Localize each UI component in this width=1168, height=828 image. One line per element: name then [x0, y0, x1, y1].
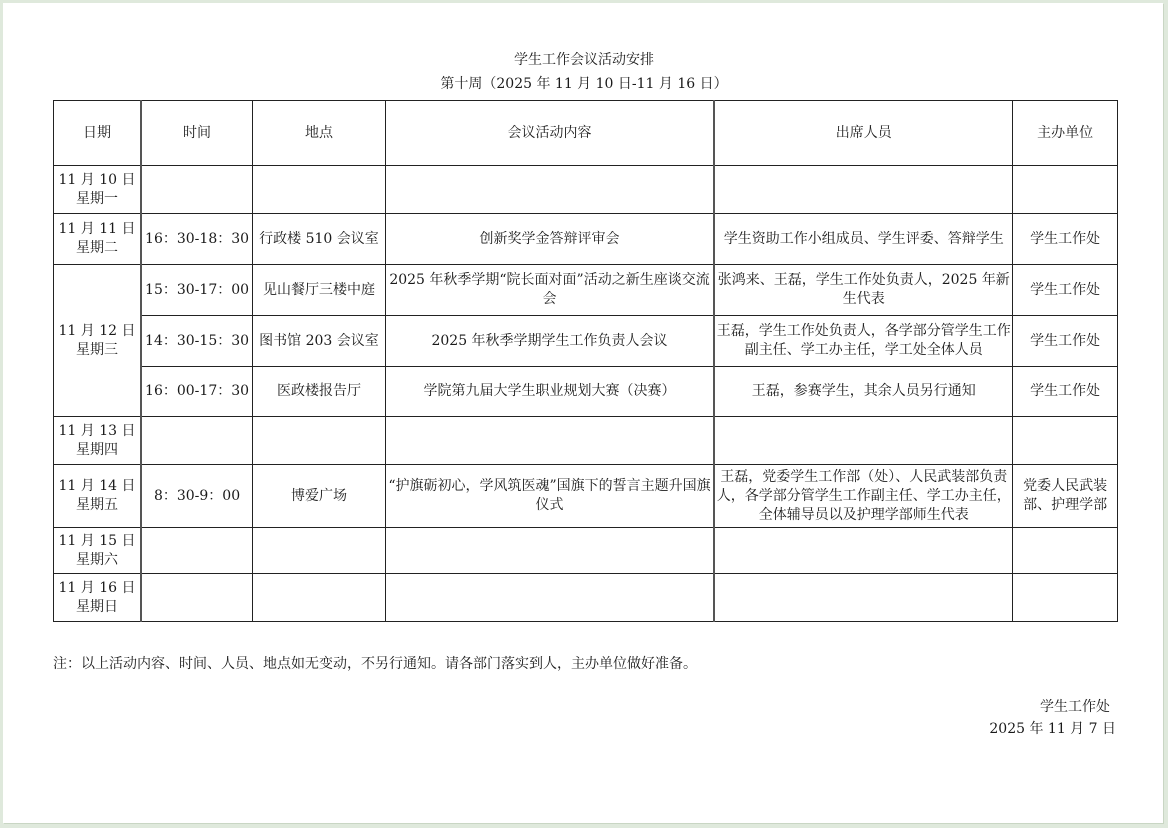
table-row: 11 月 10 日星期一: [54, 166, 1118, 214]
place-cell: 行政楼 510 会议室: [253, 214, 386, 265]
weekday: 星期一: [76, 191, 118, 207]
attendees-cell: 王磊，党委学生工作部（处）、人民武装部负责人，各学部分管学生工作副主任、学工办主…: [714, 465, 1013, 528]
attendees-cell: 学生资助工作小组成员、学生评委、答辩学生: [714, 214, 1013, 265]
place-cell: [253, 574, 386, 622]
table-header-row: 日期 时间 地点 会议活动内容 出席人员 主办单位: [54, 101, 1118, 166]
place-cell: [253, 528, 386, 574]
weekday: 星期日: [76, 599, 118, 615]
date-cell: 11 月 10 日星期一: [54, 166, 141, 214]
content-cell: 创新奖学金答辩评审会: [385, 214, 714, 265]
time-cell: 15：30-17：00: [141, 265, 253, 316]
content-cell: 2025 年秋季学期学生工作负责人会议: [385, 316, 714, 367]
time-cell: 14：30-15：30: [141, 316, 253, 367]
header-host: 主办单位: [1013, 101, 1118, 166]
table-row: 11 月 13 日星期四: [54, 417, 1118, 465]
table-row: 11 月 14 日星期五 8：30-9：00 博爱广场 “护旗砺初心，学风筑医魂…: [54, 465, 1118, 528]
content-cell: [385, 528, 714, 574]
table-row: 11 月 12 日星期三 15：30-17：00 见山餐厅三楼中庭 2025 年…: [54, 265, 1118, 316]
host-cell: [1013, 417, 1118, 465]
attendees-cell: 王磊，学生工作处负责人，各学部分管学生工作副主任、学工办主任，学工处全体人员: [714, 316, 1013, 367]
schedule-table: 日期 时间 地点 会议活动内容 出席人员 主办单位 11 月 10 日星期一 1…: [53, 100, 1118, 622]
host-cell: 学生工作处: [1013, 214, 1118, 265]
host-cell: [1013, 528, 1118, 574]
place-cell: 见山餐厅三楼中庭: [253, 265, 386, 316]
host-cell: 学生工作处: [1013, 265, 1118, 316]
date-cell: 11 月 11 日星期二: [54, 214, 141, 265]
content-cell: [385, 574, 714, 622]
time-cell: [141, 166, 253, 214]
footer-note: 注：以上活动内容、时间、人员、地点如无变动，不另行通知。请各部门落实到人，主办单…: [53, 654, 697, 674]
table-row: 11 月 16 日星期日: [54, 574, 1118, 622]
time-cell: [141, 417, 253, 465]
place-cell: 医政楼报告厅: [253, 367, 386, 417]
document-title: 学生工作会议活动安排: [0, 50, 1168, 70]
header-date: 日期: [54, 101, 141, 166]
table-row: 11 月 15 日星期六: [54, 528, 1118, 574]
date: 11 月 14 日: [59, 478, 136, 494]
host-cell: 学生工作处: [1013, 316, 1118, 367]
content-cell: 2025 年秋季学期“院长面对面”活动之新生座谈交流会: [385, 265, 714, 316]
date: 11 月 11 日: [59, 221, 136, 237]
date: 11 月 12 日: [59, 323, 136, 339]
date: 11 月 13 日: [59, 423, 136, 439]
time-cell: 16：00-17：30: [141, 367, 253, 417]
content-cell: 学院第九届大学生职业规划大赛（决赛）: [385, 367, 714, 417]
signature-org: 学生工作处: [1040, 697, 1110, 717]
document-subtitle: 第十周（2025 年 11 月 10 日-11 月 16 日）: [0, 74, 1168, 94]
header-place: 地点: [253, 101, 386, 166]
header-content: 会议活动内容: [385, 101, 714, 166]
host-cell: 党委人民武装部、护理学部: [1013, 465, 1118, 528]
time-cell: 8：30-9：00: [141, 465, 253, 528]
content-cell: [385, 417, 714, 465]
table-row: 11 月 11 日星期二 16：30-18：30 行政楼 510 会议室 创新奖…: [54, 214, 1118, 265]
weekday: 星期五: [76, 497, 118, 513]
weekday: 星期二: [76, 240, 118, 256]
weekday: 星期四: [76, 442, 118, 458]
header-time: 时间: [141, 101, 253, 166]
header-attendees: 出席人员: [714, 101, 1013, 166]
place-cell: 图书馆 203 会议室: [253, 316, 386, 367]
content-cell: [385, 166, 714, 214]
table-row: 14：30-15：30 图书馆 203 会议室 2025 年秋季学期学生工作负责…: [54, 316, 1118, 367]
place-cell: [253, 166, 386, 214]
date-cell: 11 月 13 日星期四: [54, 417, 141, 465]
attendees-cell: 王磊，参赛学生，其余人员另行通知: [714, 367, 1013, 417]
date: 11 月 15 日: [59, 533, 136, 549]
host-cell: 学生工作处: [1013, 367, 1118, 417]
place-cell: [253, 417, 386, 465]
signature-date: 2025 年 11 月 7 日: [989, 719, 1116, 739]
date-cell: 11 月 14 日星期五: [54, 465, 141, 528]
weekday: 星期三: [76, 342, 118, 358]
place-cell: 博爱广场: [253, 465, 386, 528]
time-cell: [141, 574, 253, 622]
content-cell: “护旗砺初心，学风筑医魂”国旗下的誓言主题升国旗仪式: [385, 465, 714, 528]
attendees-cell: 张鸿来、王磊，学生工作处负责人，2025 年新生代表: [714, 265, 1013, 316]
time-cell: 16：30-18：30: [141, 214, 253, 265]
date-cell: 11 月 12 日星期三: [54, 265, 141, 417]
date-cell: 11 月 15 日星期六: [54, 528, 141, 574]
time-cell: [141, 528, 253, 574]
date-cell: 11 月 16 日星期日: [54, 574, 141, 622]
weekday: 星期六: [76, 552, 118, 568]
attendees-cell: [714, 528, 1013, 574]
host-cell: [1013, 574, 1118, 622]
host-cell: [1013, 166, 1118, 214]
attendees-cell: [714, 417, 1013, 465]
date: 11 月 10 日: [59, 172, 136, 188]
attendees-cell: [714, 574, 1013, 622]
table-row: 16：00-17：30 医政楼报告厅 学院第九届大学生职业规划大赛（决赛） 王磊…: [54, 367, 1118, 417]
attendees-cell: [714, 166, 1013, 214]
date: 11 月 16 日: [59, 580, 136, 596]
